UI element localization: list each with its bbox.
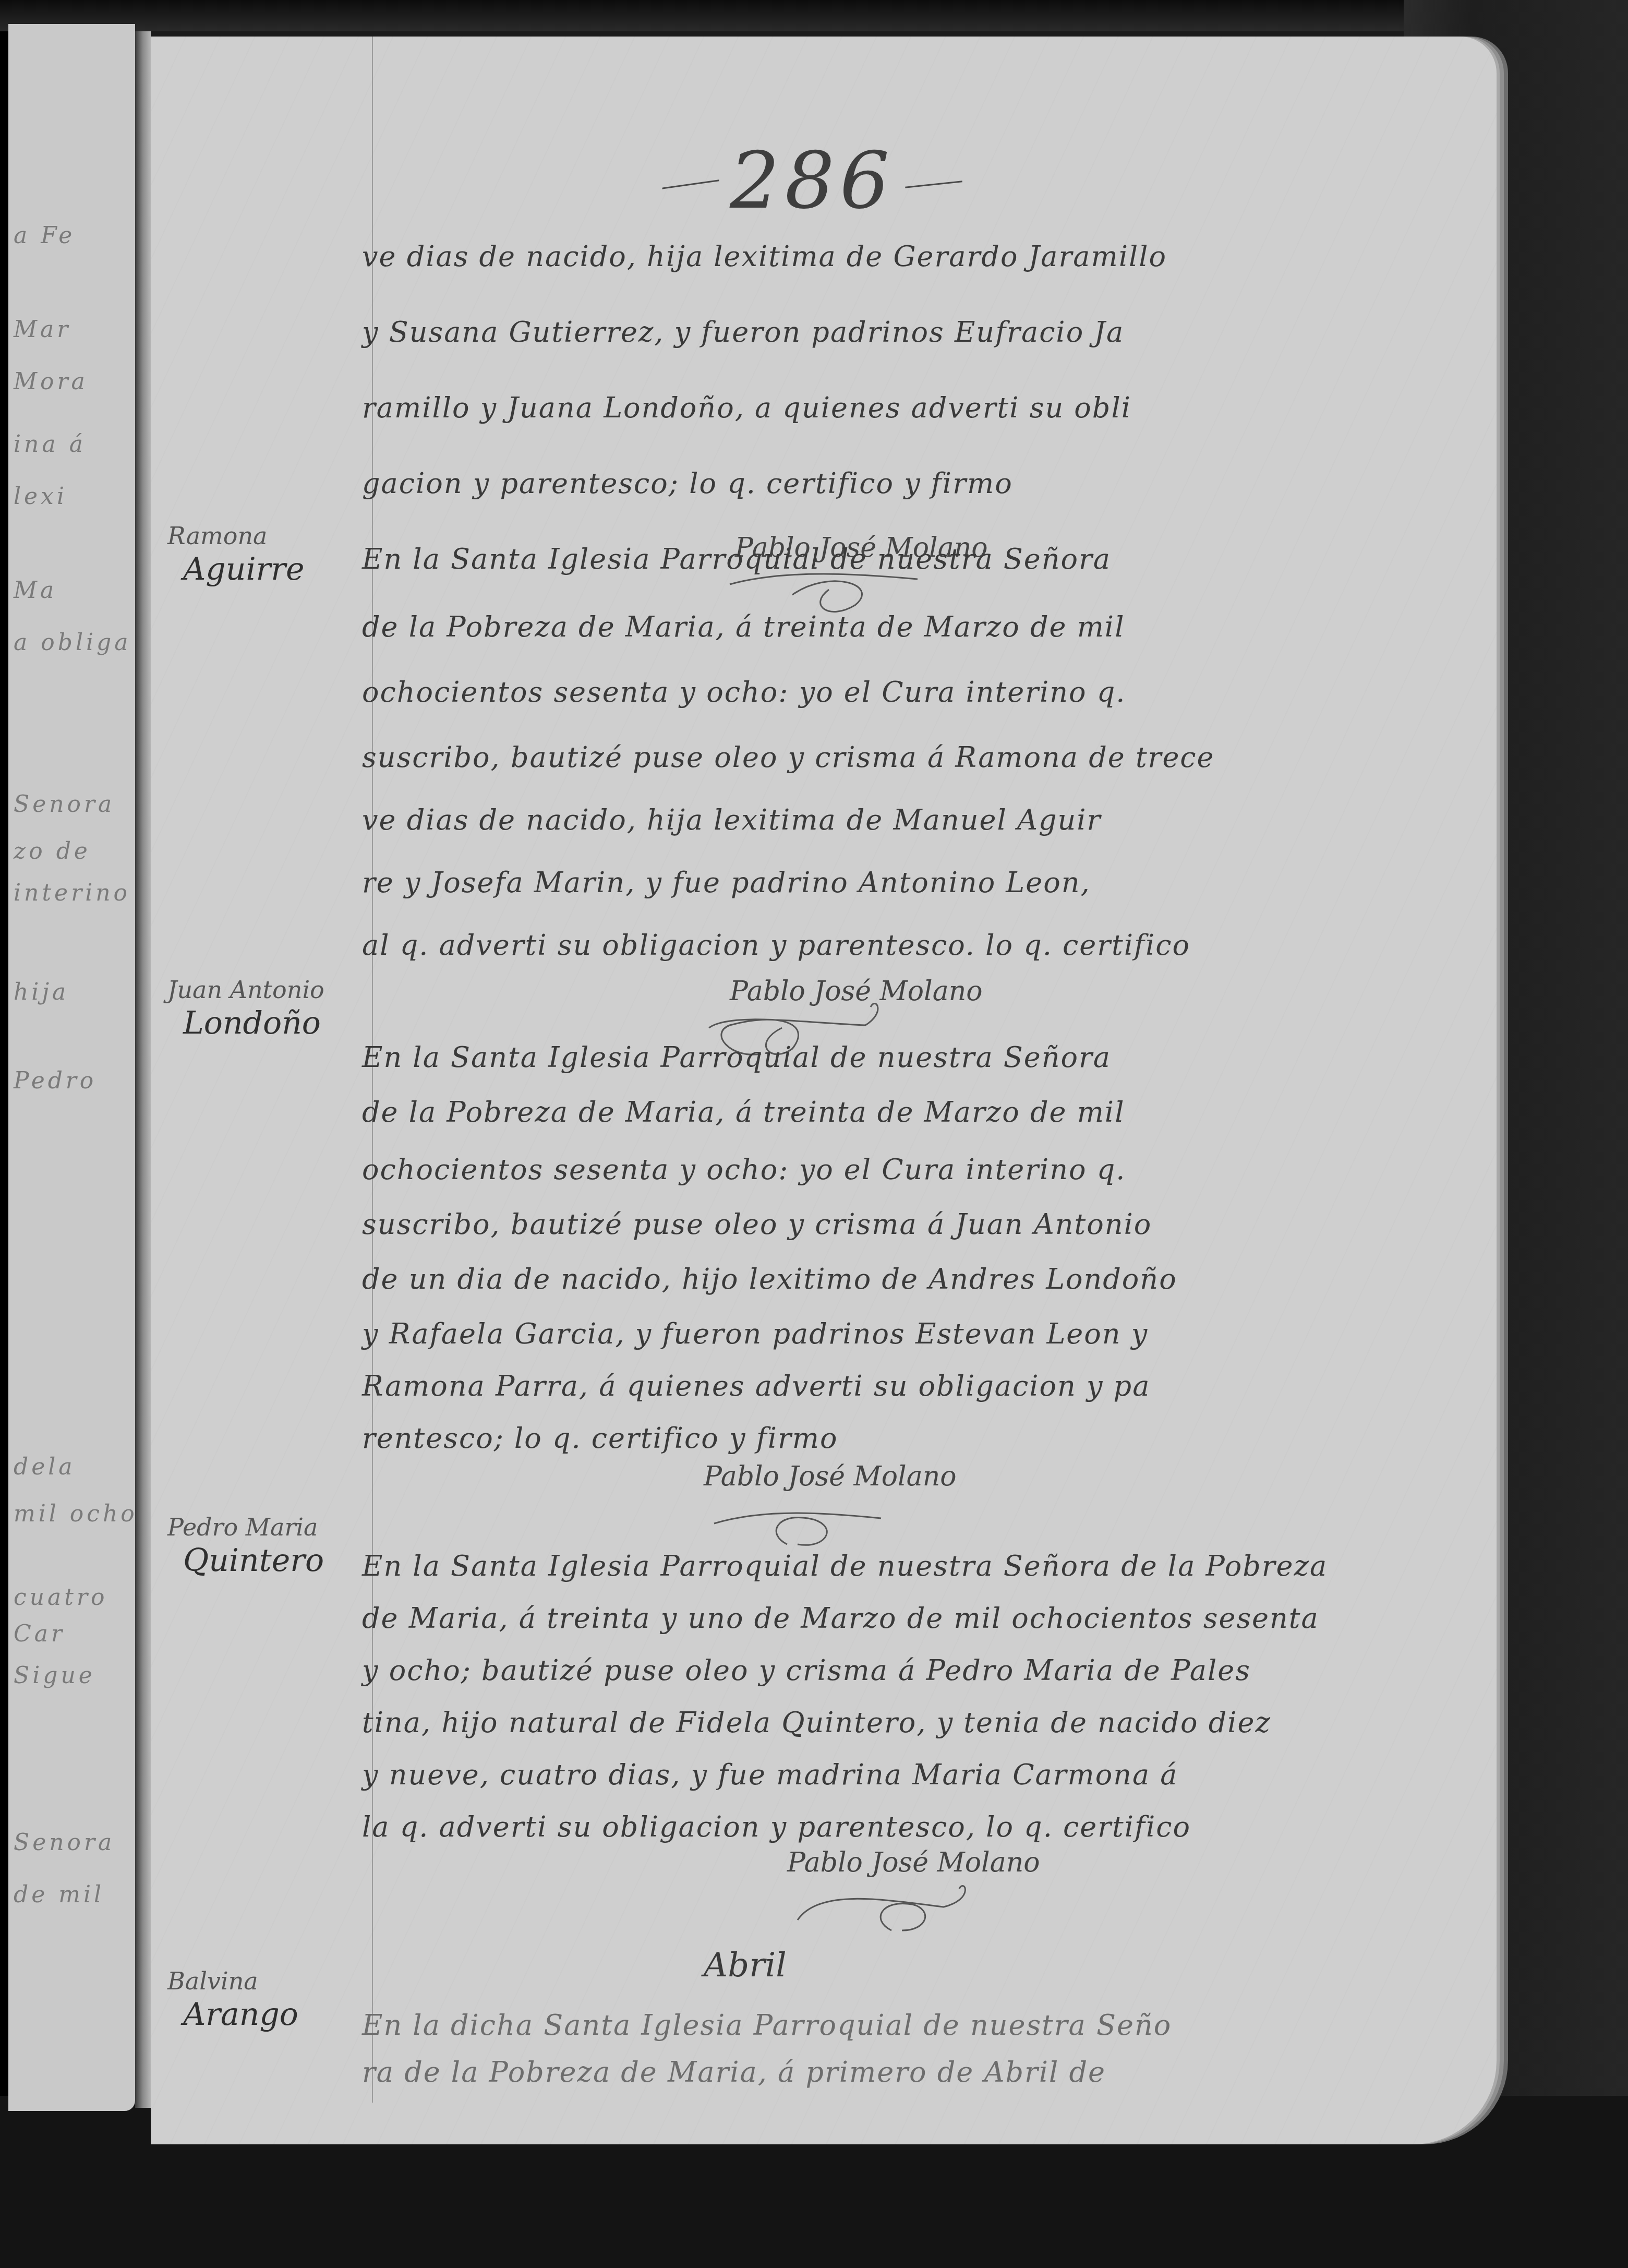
margin-baptized-name: Balvina Arango [167, 1967, 366, 2033]
facing-page-fragment: Mar [14, 316, 71, 343]
facing-page-fragment: zo de [14, 838, 91, 865]
facing-page-fragment: Car [14, 1621, 65, 1647]
entry-line: En la dicha Santa Iglesia Parroquial de … [362, 2009, 1484, 2042]
entry-line: de la Pobreza de Maria, á treinta de Mar… [362, 610, 1484, 643]
entry-line: y nueve, cuatro dias, y fue madrina Mari… [362, 1758, 1484, 1791]
book-gutter [135, 31, 151, 2108]
signature-rubric-icon [787, 1878, 985, 1941]
margin-baptized-name: Juan Antonio Londoño [167, 976, 366, 1042]
facing-page-fragment: lexi [14, 483, 67, 510]
entry-line: y Rafaela Garcia, y fueron padrinos Este… [362, 1317, 1484, 1350]
entry-line: suscribo, bautizé puse oleo y crisma á R… [362, 741, 1484, 774]
facing-page-fragment: Mora [14, 368, 88, 395]
entry-line: de un dia de nacido, hijo lexitimo de An… [362, 1263, 1484, 1295]
entry-line: En la Santa Iglesia Parroquial de nuestr… [362, 1041, 1484, 1074]
surname: Arango [167, 1996, 366, 2033]
facing-page-fragment: Senora [14, 1829, 115, 1856]
entry-line: re y Josefa Marin, y fue padrino Antonin… [362, 866, 1484, 899]
given-name: Ramona [167, 522, 366, 550]
priest-signature: Pablo José Molano [704, 1461, 957, 1492]
scan-edge [0, 0, 8, 2268]
given-name: Pedro Maria [167, 1513, 366, 1542]
signature-rubric-icon [704, 1492, 902, 1555]
entry-line: ochocientos sesenta y ocho: yo el Cura i… [362, 1153, 1484, 1186]
folio-number: 286 [730, 136, 895, 226]
surname: Quintero [167, 1542, 366, 1579]
register-page: 286 ve dias de nacido, hija lexitima de … [151, 37, 1497, 2144]
facing-page-fragment: cuatro [14, 1584, 107, 1611]
facing-page-fragment: Sigue [14, 1662, 95, 1689]
entry-line: suscribo, bautizé puse oleo y crisma á J… [362, 1208, 1484, 1241]
surname: Aguirre [167, 550, 366, 588]
facing-page-fragment: ina á [14, 431, 86, 458]
entry-line: ramillo y Juana Londoño, a quienes adver… [362, 391, 1484, 424]
entry-line: ve dias de nacido, hija lexitima de Manu… [362, 803, 1484, 836]
entry-line: En la Santa Iglesia Parroquial de nuestr… [362, 1550, 1484, 1582]
entry-line: ra de la Pobreza de Maria, á primero de … [362, 2056, 1484, 2089]
entry-line: Ramona Parra, á quienes adverti su oblig… [362, 1370, 1484, 1402]
entry-line: ve dias de nacido, hija lexitima de Gera… [362, 240, 1484, 273]
facing-page-fragment: Ma [14, 577, 57, 604]
facing-page-fragment: a Fe [14, 222, 75, 249]
entry-line: rentesco; lo q. certifico y firmo [362, 1422, 1484, 1455]
facing-page-fragment: mil ocho [14, 1501, 138, 1527]
entry-line: de la Pobreza de Maria, á treinta de Mar… [362, 1096, 1484, 1129]
facing-page-fragment: interino [14, 880, 130, 906]
surname: Londoño [167, 1004, 366, 1042]
facing-page-fragment: dela [14, 1454, 76, 1480]
entry-line: al q. adverti su obligacion y parentesco… [362, 929, 1484, 962]
facing-page-fragment: a obliga [14, 629, 131, 656]
entry-line: de Maria, á treinta y uno de Marzo de mi… [362, 1602, 1484, 1635]
given-name: Juan Antonio [167, 976, 366, 1004]
given-name: Balvina [167, 1967, 366, 1996]
month-heading: Abril [704, 1946, 787, 1985]
facing-page: a Fe Mar Mora ina á lexi Ma a obliga Sen… [8, 24, 135, 2111]
entry-line: En la Santa Iglesia Parroquial de nuestr… [362, 543, 1484, 575]
book-binding-top [0, 0, 1628, 31]
facing-page-fragment: de mil [14, 1881, 104, 1908]
entry-line: la q. adverti su obligacion y parentesco… [362, 1810, 1484, 1843]
entry-line: y Susana Gutierrez, y fueron padrinos Eu… [362, 316, 1484, 349]
entry-line: tina, hijo natural de Fidela Quintero, y… [362, 1706, 1484, 1739]
facing-page-fragment: hija [14, 979, 69, 1005]
margin-baptized-name: Pedro Maria Quintero [167, 1513, 366, 1579]
facing-page-fragment: Pedro [14, 1067, 97, 1094]
margin-baptized-name: Ramona Aguirre [167, 522, 366, 588]
entry-line: ochocientos sesenta y ocho: yo el Cura i… [362, 676, 1484, 709]
priest-signature: Pablo José Molano [787, 1847, 1040, 1878]
facing-page-fragment: Senora [14, 791, 115, 818]
entry-line: y ocho; bautizé puse oleo y crisma á Ped… [362, 1654, 1484, 1687]
entry-line: gacion y parentesco; lo q. certifico y f… [362, 467, 1484, 500]
